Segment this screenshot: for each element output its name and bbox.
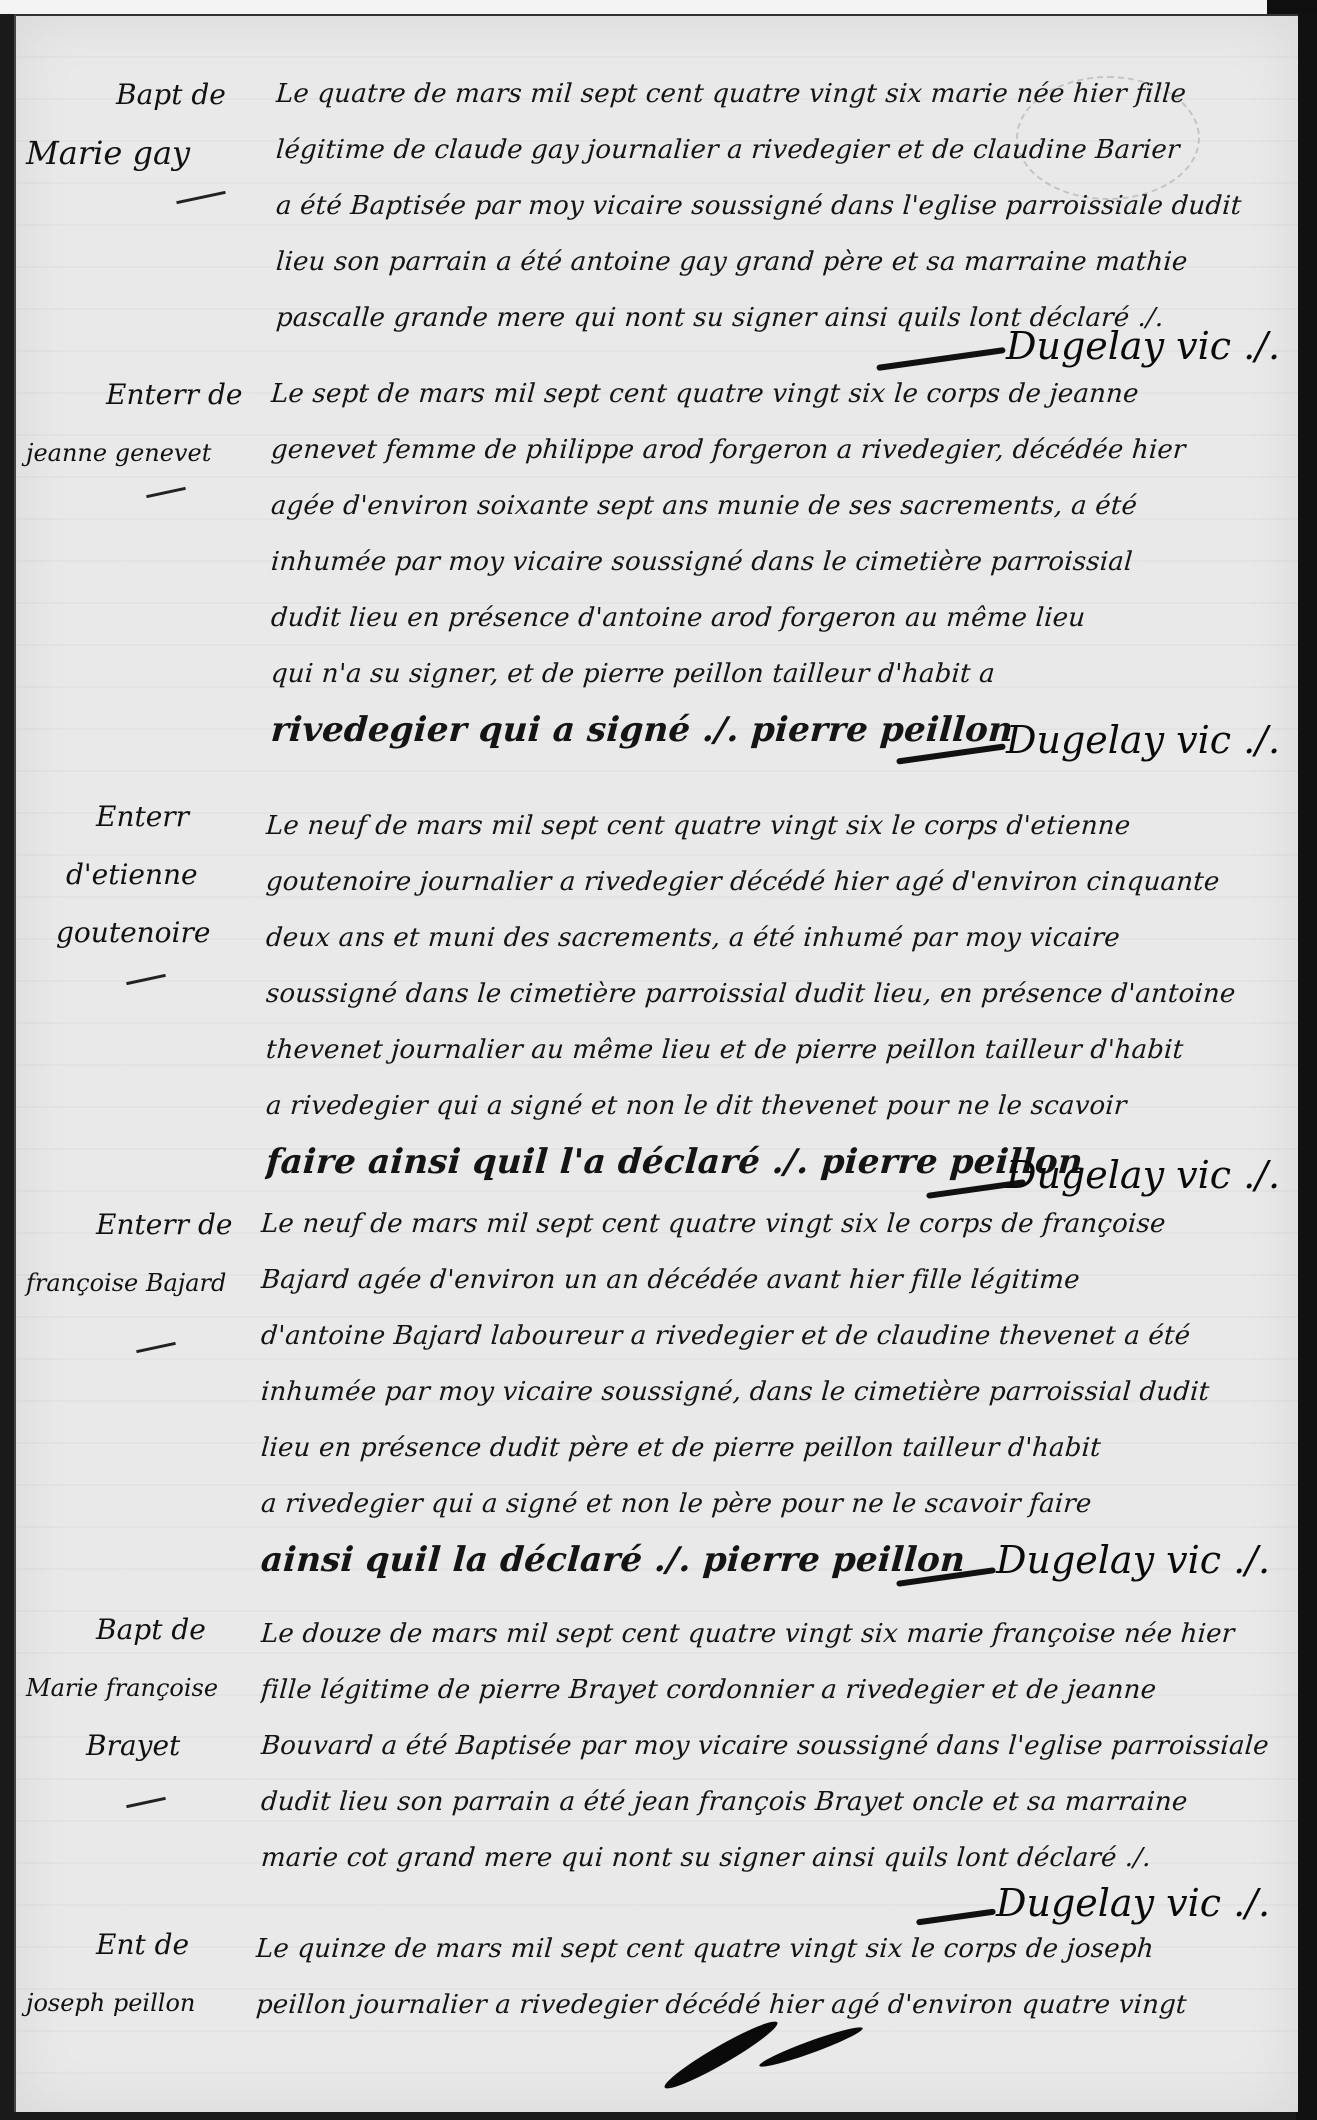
entry-margin-heading: Bapt de Marie françoise Brayet: [26, 1601, 256, 1775]
margin-line: Ent de: [26, 1916, 256, 1974]
entry-line: légitime de claude gay journalier a rive…: [274, 122, 1308, 178]
entry-line: a rivedegier qui a signé et non le père …: [259, 1476, 1293, 1532]
register-page: Bapt de Marie gay Le quatre de mars mil …: [14, 14, 1298, 2112]
vicar-signature: Dugelay vic ./.: [1006, 324, 1280, 368]
entry-margin-heading: Ent de joseph peillon: [26, 1916, 256, 2032]
entry-line: Le douze de mars mil sept cent quatre vi…: [259, 1606, 1293, 1662]
entry-line: deux ans et muni des sacrements, a été i…: [264, 910, 1298, 966]
margin-flourish: [126, 1797, 166, 1808]
entry-body: Le neuf de mars mil sept cent quatre vin…: [266, 798, 1296, 1190]
margin-flourish: [136, 1342, 176, 1353]
entry-margin-heading: Enterr de jeanne genevet: [26, 366, 256, 482]
entry-line: goutenoire journalier a rivedegier décéd…: [264, 854, 1298, 910]
vicar-signature: Dugelay vic ./.: [1006, 1153, 1280, 1197]
entry-line: Bajard agée d'environ un an décédée avan…: [259, 1252, 1293, 1308]
vicar-signature: Dugelay vic ./.: [996, 1881, 1270, 1925]
entry-line: a rivedegier qui a signé et non le dit t…: [264, 1078, 1298, 1134]
entry-line: Le quinze de mars mil sept cent quatre v…: [254, 1921, 1288, 1977]
entry-line: inhumée par moy vicaire soussigné dans l…: [269, 534, 1303, 590]
scan-top-border: [0, 0, 1317, 14]
entry-line: qui n'a su signer, et de pierre peillon …: [269, 646, 1303, 702]
margin-line: goutenoire: [26, 904, 256, 962]
entry-line: Le sept de mars mil sept cent quatre vin…: [269, 366, 1303, 422]
entry-line: marie cot grand mere qui nont su signer …: [259, 1830, 1293, 1886]
margin-line: Enterr: [26, 788, 256, 846]
entry-line: agée d'environ soixante sept ans munie d…: [269, 478, 1303, 534]
margin-line: Brayet: [26, 1717, 256, 1775]
entry-line: Le quatre de mars mil sept cent quatre v…: [274, 66, 1308, 122]
entry-line: dudit lieu son parrain a été jean franço…: [259, 1774, 1293, 1830]
entry-line: genevet femme de philippe arod forgeron …: [269, 422, 1303, 478]
entry-line: inhumée par moy vicaire soussigné, dans …: [259, 1364, 1293, 1420]
margin-line: Marie françoise: [26, 1659, 256, 1717]
entry-line: soussigné dans le cimetière parroissial …: [264, 966, 1298, 1022]
entry-body: Le neuf de mars mil sept cent quatre vin…: [261, 1196, 1291, 1588]
margin-line: Bapt de: [26, 1601, 256, 1659]
entry-line: a été Baptisée par moy vicaire soussigné…: [274, 178, 1308, 234]
margin-line: Marie gay: [26, 124, 256, 182]
entry-line: lieu en présence dudit père et de pierre…: [259, 1420, 1293, 1476]
margin-line: françoise Bajard: [26, 1254, 256, 1312]
entry-line: dudit lieu en présence d'antoine arod fo…: [269, 590, 1303, 646]
entry-line: thevenet journalier au même lieu et de p…: [264, 1022, 1298, 1078]
margin-line: jeanne genevet: [26, 424, 256, 482]
margin-line: Enterr de: [26, 1196, 256, 1254]
entry-line: Le neuf de mars mil sept cent quatre vin…: [259, 1196, 1293, 1252]
entry-margin-heading: Enterr de françoise Bajard: [26, 1196, 256, 1312]
vicar-signature: Dugelay vic ./.: [996, 1538, 1270, 1582]
margin-line: Enterr de: [26, 366, 256, 424]
entry-line: Bouvard a été Baptisée par moy vicaire s…: [259, 1718, 1293, 1774]
margin-flourish: [126, 974, 166, 985]
entry-body: Le quinze de mars mil sept cent quatre v…: [256, 1921, 1286, 2033]
entry-line: Le neuf de mars mil sept cent quatre vin…: [264, 798, 1298, 854]
entry-line: fille légitime de pierre Brayet cordonni…: [259, 1662, 1293, 1718]
entry-margin-heading: Enterr d'etienne goutenoire: [26, 788, 256, 962]
entry-body: Le quatre de mars mil sept cent quatre v…: [276, 66, 1306, 346]
entry-line: lieu son parrain a été antoine gay grand…: [274, 234, 1308, 290]
entry-body: Le douze de mars mil sept cent quatre vi…: [261, 1606, 1291, 1886]
entry-line: d'antoine Bajard laboureur a rivedegier …: [259, 1308, 1293, 1364]
vicar-signature: Dugelay vic ./.: [1006, 718, 1280, 762]
margin-line: joseph peillon: [26, 1974, 256, 2032]
margin-line: Bapt de: [26, 66, 256, 124]
margin-flourish: [176, 191, 226, 204]
margin-line: d'etienne: [26, 846, 256, 904]
margin-flourish: [146, 487, 186, 498]
entry-body: Le sept de mars mil sept cent quatre vin…: [271, 366, 1301, 758]
entry-margin-heading: Bapt de Marie gay: [26, 66, 256, 182]
